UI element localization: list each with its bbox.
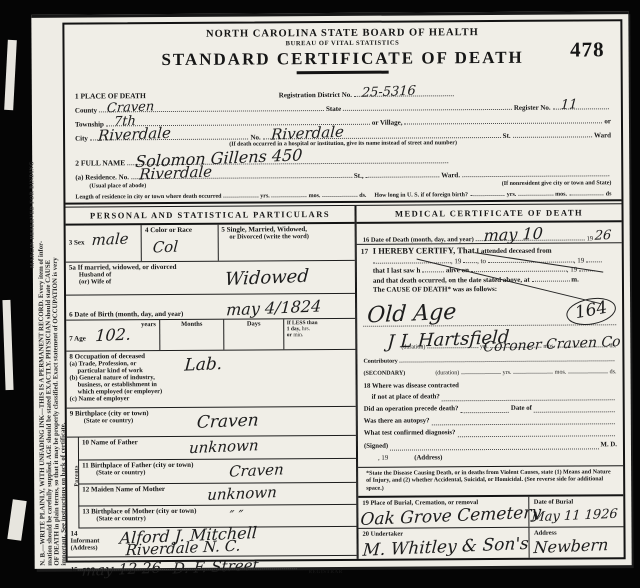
yrs-label: yrs. [260,193,270,199]
age-days-label: Days [247,320,261,327]
filed-number: 15 [71,566,78,574]
form-header: NORTH CAROLINA STATE BOARD OF HEALTH BUR… [64,21,620,85]
nonresident-note: (If nonresident give city or town and St… [502,180,612,187]
father-name-value: unknown [189,438,260,456]
occupation-c-label: (c) Name of employer [70,395,130,402]
registration-district-value: 25-5316 [362,85,417,100]
mother-birthplace-sub: (State or country) [96,515,145,522]
duration-line: J L Hartsfield Coroner Craven Co (durati… [363,325,616,351]
burial-place-value: Oak Grove Cemetery [360,505,542,529]
certificate-scan: MARGIN RESERVED FOR BINDING N. B.—WRITE … [31,11,631,569]
yrs-label: yrs. [503,369,512,375]
birthplace-field: 9 Birthplace (city or town) (State or co… [67,407,356,437]
informant-address-label: (Address) [71,544,98,551]
ds-label: ds [606,191,612,197]
or-label: or [604,117,611,125]
abode-note: (Usual place of abode) [89,183,146,189]
duration-label: (duration) [435,370,459,376]
burial-date-label: Date of Burial [534,499,573,506]
wife-label: (or) Wife of [79,278,111,285]
undertaker-address-field: Address Newbern [530,527,624,558]
burial-date-field: Date of Burial May 11 1926 [530,496,624,527]
ds-label: ds. [359,193,366,199]
father-birthplace-sub: (State or country) [96,469,145,476]
burial-row: 19 Place of Burial, Cremation, or remova… [358,496,623,529]
residence-value: Riverdale [138,164,212,182]
place-of-death-section: 1 PLACE OF DEATH Registration District N… [65,82,622,200]
married-value: Widowed [225,268,310,290]
sex-field: 3 Sex male [66,225,143,261]
residence-label: (a) Residence. No. [75,173,129,181]
state-label: State [326,105,341,113]
father-birthplace-value: Craven [229,462,285,479]
undertaker-address-label: Address [534,530,557,537]
title-rule [297,71,389,75]
signed-address-label: (Address) [414,452,442,464]
informant-field: 14 Informant (Address) Alford J. Mitchel… [67,527,356,557]
date-of-death-year: 26 [595,229,612,243]
county-value: Craven [107,100,155,115]
binding-margin-text: MARGIN RESERVED FOR BINDING [29,118,36,268]
ds-label: ds. [610,369,617,375]
min-label: min. [293,332,303,338]
mother-name-label: 12 Maiden Name of Mother [82,485,165,494]
married-label: 5a If married, widowed, or divorced [69,263,177,272]
certify-text-1: I HEREBY CERTIFY, That [373,245,475,256]
violent-death-footnote: *State the Disease Causing Death, or in … [358,465,623,498]
signed-19: , 19 [378,452,388,464]
signed-label: (Signed) [364,440,388,452]
race-value: Col [153,239,179,255]
certificate-number: 478 [570,37,605,62]
yrs-label: yrs. [507,192,517,198]
certificate-form: NORTH CAROLINA STATE BOARD OF HEALTH BUR… [62,19,625,562]
st-label: St. [503,132,511,140]
date-of-death-value: may 10 [483,226,543,244]
torn-paper-shard [7,499,26,541]
printed-19: 19 [587,235,594,242]
age-less-field: If LESS than 1 day, hrs. or min. [284,319,356,349]
register-no-label: Register No. [514,104,551,112]
md-label: M. D. [600,439,616,451]
how-long-us-label: How long in U. S. if of foreign birth? [374,192,468,199]
undertaker-address-value: Newbern [534,537,610,556]
c-to: , to [477,257,486,265]
undertaker-value: M. Whitley & Son's [362,536,529,560]
cause-of-death-field: Old Age 164 J L Hartsfield Coroner Crave… [357,294,622,351]
mos-label: mos. [555,192,567,198]
age-field: 7 Age years 102. [66,320,160,351]
contributory-label: Contributory [363,358,397,364]
registration-district-label: Registration District No. [279,91,352,99]
c19a: , 19 [451,257,462,265]
medical-heading: MEDICAL CERTIFICATE OF DEATH [356,204,621,224]
full-name-label: 2 FULL NAME [75,158,125,167]
city-no-label: No. [250,133,260,141]
sex-label: 3 Sex [69,239,85,247]
birthplace-value: Craven [196,412,259,432]
race-field: 4 Color or Race Col [142,225,219,261]
dob-value: may 4/1824 [226,298,322,318]
burial-date-value: May 11 1926 [531,508,618,525]
city-value: Riverdale [97,126,171,144]
date-of-death-label: 16 Date of Death (month, day, and year) [363,236,474,244]
informant-number: 14 [70,530,77,538]
parents-section: Parents 10 Name of Father unknown 11 Bir… [67,436,357,529]
occupation-value: Lab. [184,356,223,375]
operation-label: Did an operation precede death? [364,403,459,416]
where-contracted-label-2: if not at place of death? [372,391,440,403]
certify-m-label: m. [571,275,579,283]
age-value: 102. [95,327,132,345]
race-label: 4 Color or Race [145,226,192,234]
where-contracted-label: 18 Where was disease contracted [364,382,459,390]
marital-label-2: or Divorced (write the word) [229,233,309,240]
age-years-label: years [141,321,156,328]
mother-birthplace-value: ″ ″ [229,509,244,523]
father-name-field: 10 Name of Father unknown [79,436,356,460]
date-of-label: Date of [511,402,532,414]
c19b: , 19 [574,256,585,264]
city-label: City [75,134,88,142]
age-label: 7 Age [69,335,86,343]
page-title: STANDARD CERTIFICATE OF DEATH [65,47,621,70]
birthplace-sub-label: (State or country) [84,417,133,424]
date-of-death-field: 16 Date of Death (month, day, and year) … [357,222,622,245]
medical-column: MEDICAL CERTIFICATE OF DEATH 16 Date of … [355,204,623,559]
mos-label: mos. [309,193,321,199]
marital-field: 5 Single, Married, Widowed, or Divorced … [218,224,354,261]
cause-of-death-label: The CAUSE OF DEATH* was as follows: [373,285,497,294]
cause-of-death-value: Old Age [366,301,456,327]
married-value-cell: Widowed [222,261,355,294]
cause-code-circled: 164 [564,294,618,329]
dob-field: 6 Date of Birth (month, day, and year) m… [66,308,355,320]
village-label: or Village, [372,119,403,127]
undertaker-label: 20 Undertaker [362,531,403,538]
father-birthplace-field: 11 Birthplace of Father (city or town) (… [79,459,356,484]
undertaker-row: 20 Undertaker M. Whitley & Son's Address… [358,527,623,559]
dob-label: 6 Date of Birth (month, day, and year) [69,310,183,319]
test-label: What test confirmed diagnosis? [364,427,456,440]
birthplace-label: 9 Birthplace (city or town) [70,409,149,417]
city-no-value: Riverdale [270,125,344,143]
age-months-label: Months [181,321,202,328]
or-min-label: or [287,332,292,338]
secondary-label: (SECONDARY) [363,370,405,376]
residence-st-label: St., [354,172,364,180]
residence-ward-label: Ward. [441,171,460,179]
length-residence-label: Length of residence in city or town wher… [75,194,221,201]
torn-paper-shard [2,300,13,390]
mother-name-value: unknown [207,485,278,503]
county-label: County [75,106,97,114]
father-name-label: 10 Name of Father [82,438,138,446]
married-widowed-field: 5a If married, widowed, or divorced Husb… [66,262,222,295]
informant-address-value: Riverdale N. C. [125,539,241,559]
personal-heading: PERSONAL AND STATISTICAL PARTICULARS [65,206,354,226]
registrar-label: REGISTRAR [308,570,342,575]
autopsy-label: Was there an autopsy? [364,415,430,427]
burial-place-field: 19 Place of Burial, Cremation, or remova… [358,497,530,528]
occupation-field: 8 Occupation of deceased Lab. (a) Trade,… [66,350,355,408]
undertaker-field: 20 Undertaker M. Whitley & Son's [358,528,530,559]
register-no-value: 11 [560,98,577,112]
ward-label: Ward [594,131,611,139]
certify-number: 17 [361,247,369,257]
sex-value: male [92,232,130,249]
disease-questions-block: 18 Where was disease contracted if not a… [358,377,624,467]
certify-block: 17 I HEREBY CERTIFY, That I attended dec… [357,243,622,295]
filed-field: 15 may 12 26 D. F. Street REGISTRAR [68,556,357,578]
personal-column: PERSONAL AND STATISTICAL PARTICULARS 3 S… [65,206,357,561]
age-days-field: Days [225,319,284,349]
torn-paper-shard [4,40,17,110]
age-months-field: Months [160,320,225,350]
certify-text-2: that I last saw h [373,266,421,274]
mos-label: mos. [555,369,567,375]
mother-name-field: 12 Maiden Name of Mother unknown [79,483,356,506]
